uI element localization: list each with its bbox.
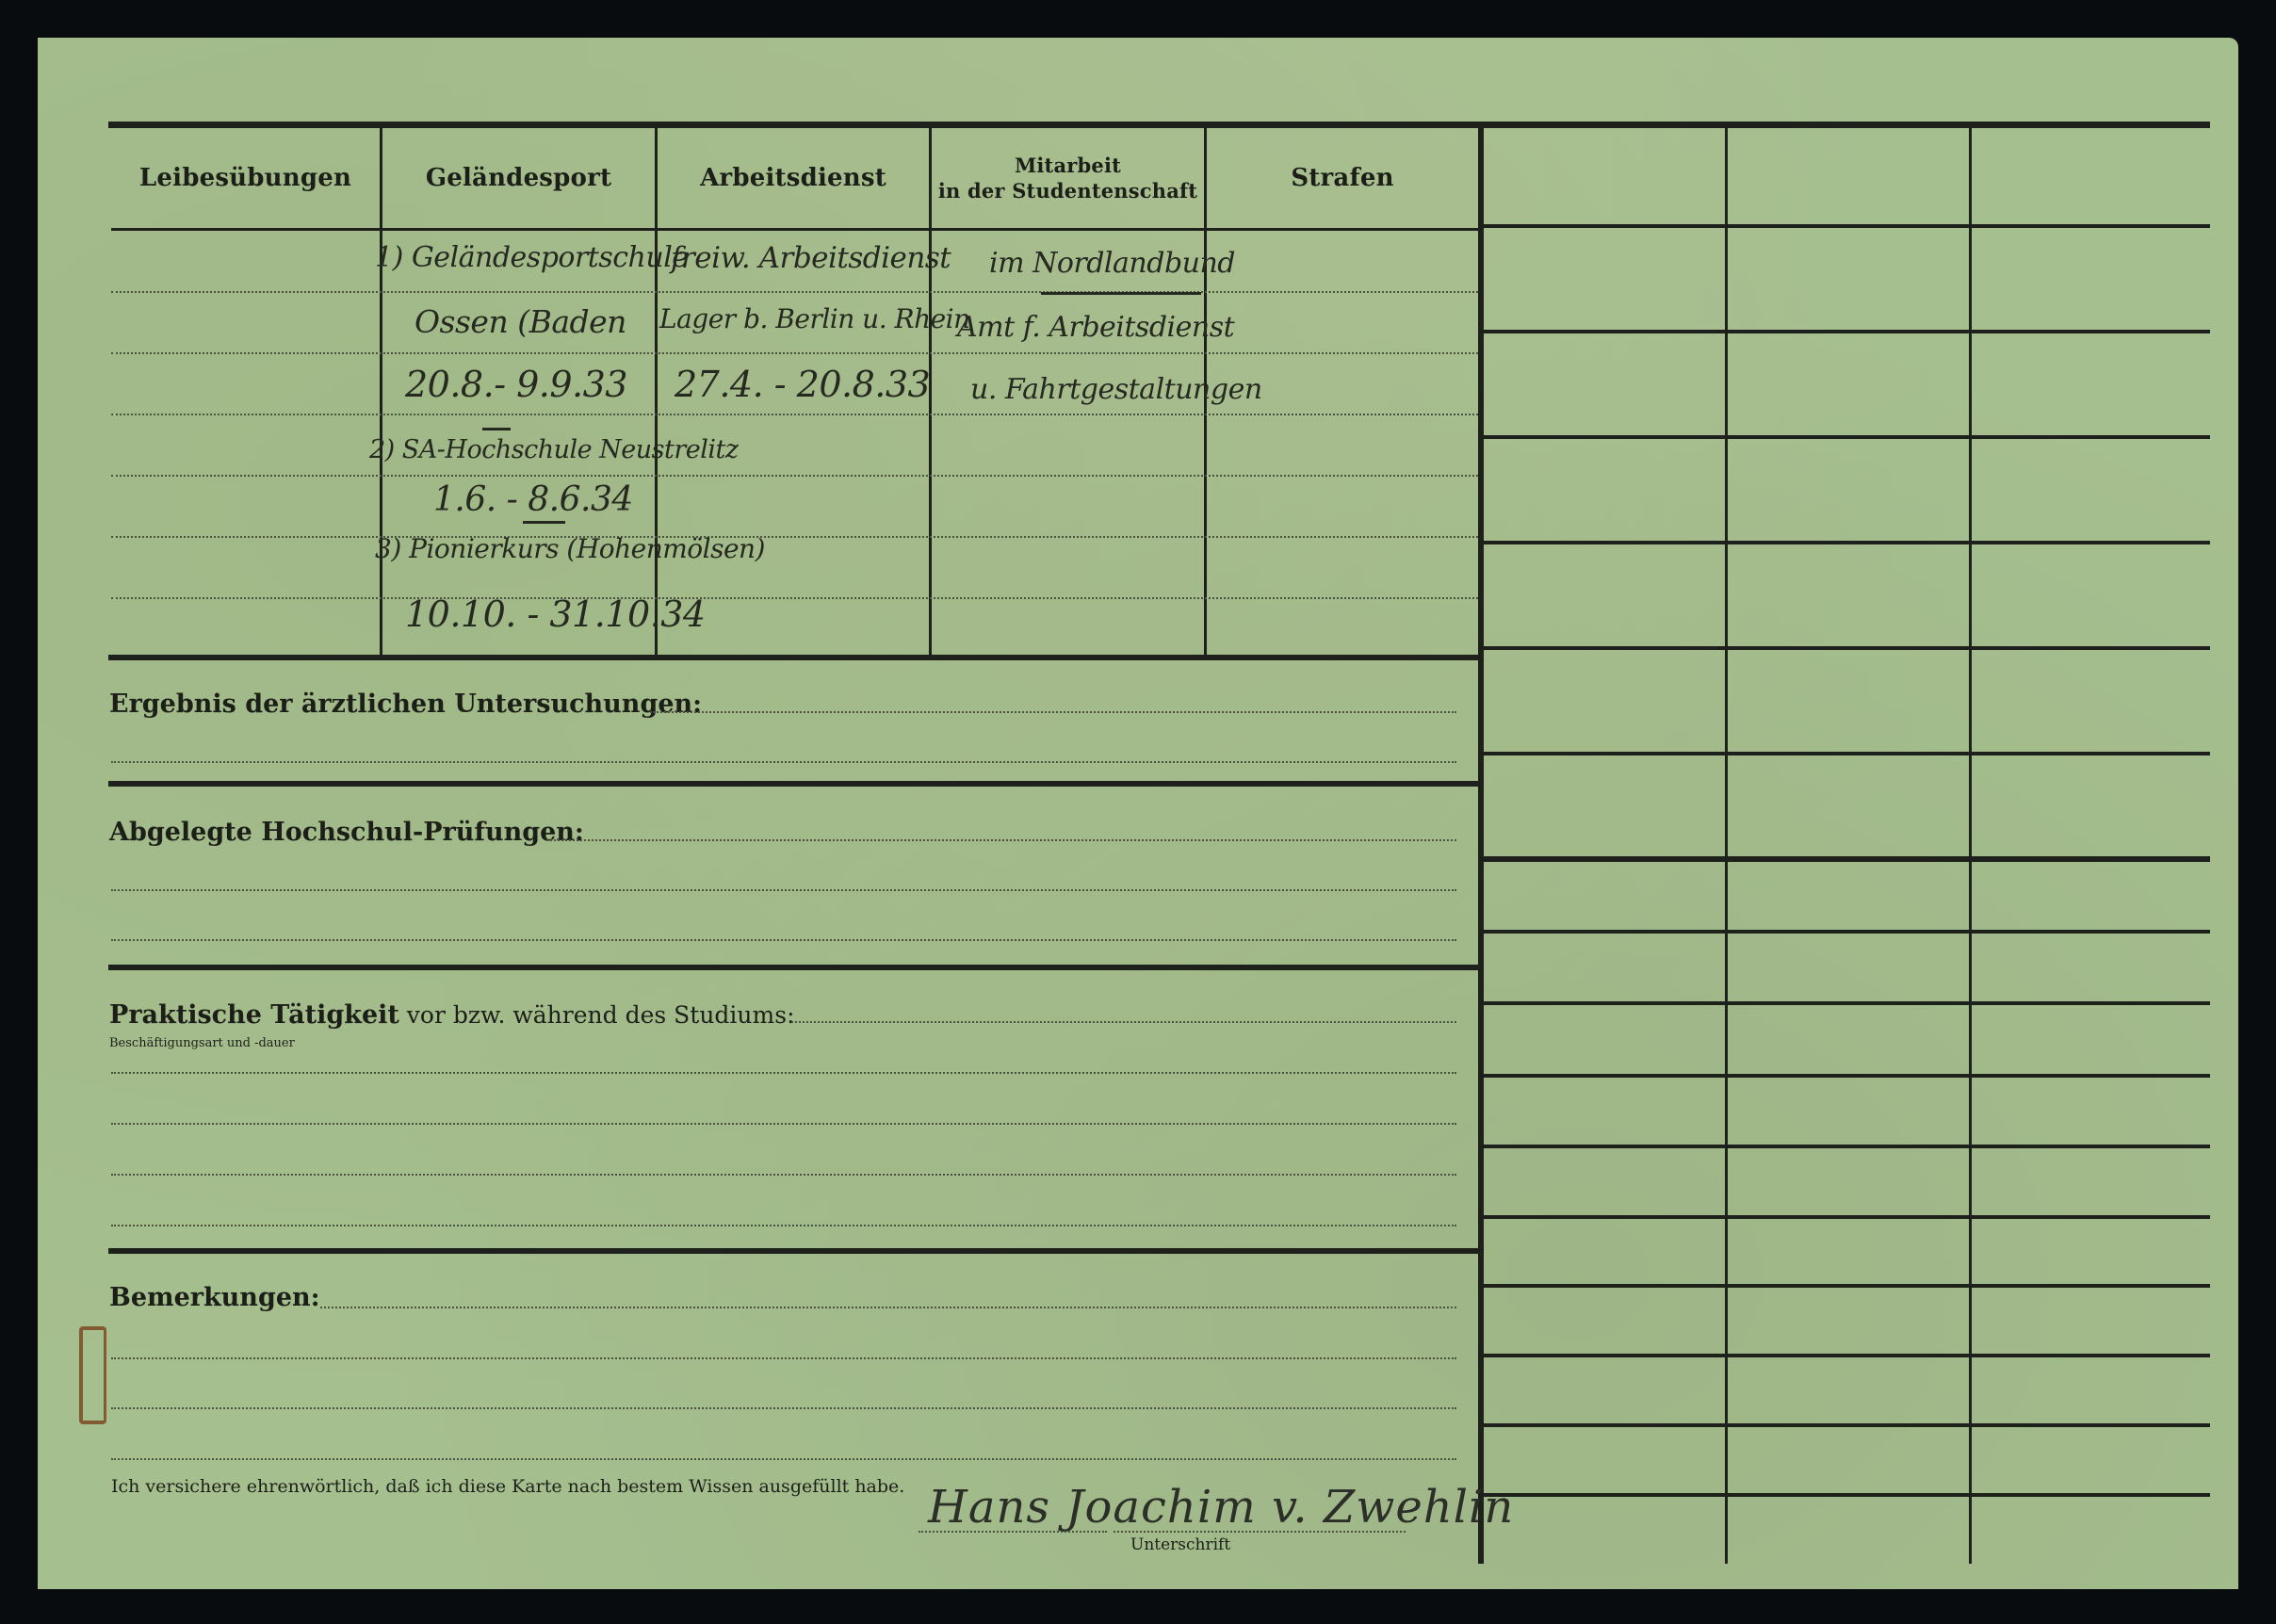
header-mitarbeit: Mitarbeit in der Studentenschaft [932,128,1204,228]
handwritten-text: im Nordlandbund [989,247,1235,280]
row-guide [111,597,1478,599]
grid-row-rule [1483,1354,2210,1357]
header-leibesuebungen: Leibesübungen [111,128,380,228]
signature-line[interactable] [1114,1531,1406,1533]
medical-field-line[interactable] [650,711,1456,713]
grid-row-rule [1483,1001,2210,1005]
grid-row-rule [1483,541,2210,544]
grid-row-rule [1483,646,2210,650]
practical-field-line[interactable] [111,1225,1456,1226]
signature-caption: Unterschrift [1130,1535,1230,1554]
remarks-field-line[interactable] [320,1307,1456,1308]
grid-row-rule [1483,1493,2210,1497]
grid-row-rule [1483,1145,2210,1148]
row-guide [111,536,1478,538]
grid-row-rule [1483,1423,2210,1427]
row-guide [111,475,1478,477]
section-divider [1478,125,1484,1564]
handwritten-underline [1041,292,1201,295]
handwritten-text: Lager b. Berlin u. Rhein [659,303,970,334]
header-mitarbeit-line1: Mitarbeit [1015,153,1121,178]
handwritten-dates: 1.6. - 8.6.34 [433,480,633,519]
section-rule [108,1248,1482,1254]
grid-row-rule [1483,224,2210,228]
remarks-field-line[interactable] [111,1357,1456,1359]
header-arbeitsdienst: Arbeitsdienst [658,128,929,228]
exams-field-line[interactable] [111,889,1456,891]
exams-field-line[interactable] [111,939,1456,941]
handwritten-text: Amt f. Arbeitsdienst [957,311,1234,344]
handwritten-text: 3) Pionierkurs (Hohenmölsen) [375,533,765,564]
header-strafen: Strafen [1207,128,1478,228]
grid-row-rule [1483,1284,2210,1288]
practical-label: Praktische Tätigkeit vor bzw. während de… [109,1000,795,1030]
handwritten-dates: 10.10. - 31.10.34 [405,593,706,635]
handwritten-text: Ossen (Baden [415,303,626,340]
handwritten-text: u. Fahrtgestaltungen [970,373,1262,406]
row-guide [111,352,1478,354]
practical-field-line[interactable] [111,1072,1456,1074]
signature: Hans Joachim v. Zwehlin [928,1481,1514,1534]
grid-column-divider [1969,125,1972,1564]
section-rule [108,781,1482,787]
handwritten-underline [523,521,565,524]
row-guide [111,414,1478,415]
declaration-text: Ich versichere ehrenwörtlich, daß ich di… [111,1476,904,1497]
handwritten-dates: 20.8.- 9.9.33 [405,364,627,405]
practical-label-bold: Praktische Tätigkeit [109,1000,399,1030]
practical-label-rest: vor bzw. während des Studiums: [399,1001,795,1029]
signature-line[interactable] [919,1531,1107,1533]
handwritten-text: 1) Geländesportschule [375,241,689,274]
exams-label: Abgelegte Hochschul-Prüfungen: [109,818,584,847]
practical-field-line[interactable] [111,1174,1456,1176]
exams-field-line[interactable] [546,839,1456,841]
row-guide [111,291,1478,293]
table-top-rule [108,122,2210,128]
handwritten-text: 2) SA-Hochschule Neustrelitz [369,435,739,464]
rust-stain [79,1326,106,1424]
grid-column-divider [1725,125,1728,1564]
handwritten-dates: 27.4. - 20.8.33 [675,364,930,405]
practical-sublabel: Beschäftigungsart und -dauer [109,1036,295,1050]
handwritten-mark [482,428,511,430]
remarks-label: Bemerkungen: [109,1283,320,1312]
header-gelaendesport: Geländesport [382,128,655,228]
practical-field-line[interactable] [791,1021,1456,1023]
grid-row-rule [1483,1074,2210,1078]
grid-row-rule [1483,752,2210,755]
grid-row-rule [1483,330,2210,333]
practical-field-line[interactable] [111,1123,1456,1125]
table-bottom-rule [108,655,1482,660]
medical-label: Ergebnis der ärztlichen Untersuchungen: [109,690,702,719]
remarks-field-line[interactable] [111,1407,1456,1409]
header-bottom-rule [111,228,1482,231]
medical-field-line[interactable] [111,761,1456,763]
header-mitarbeit-line2: in der Studentenschaft [938,178,1197,203]
section-rule [108,965,1482,970]
grid-block-rule [1483,856,2210,862]
handwritten-text: freiw. Arbeitsdienst [671,241,951,275]
grid-row-rule [1483,435,2210,439]
grid-row-rule [1483,1215,2210,1219]
grid-row-rule [1483,930,2210,934]
remarks-field-line[interactable] [111,1458,1456,1460]
